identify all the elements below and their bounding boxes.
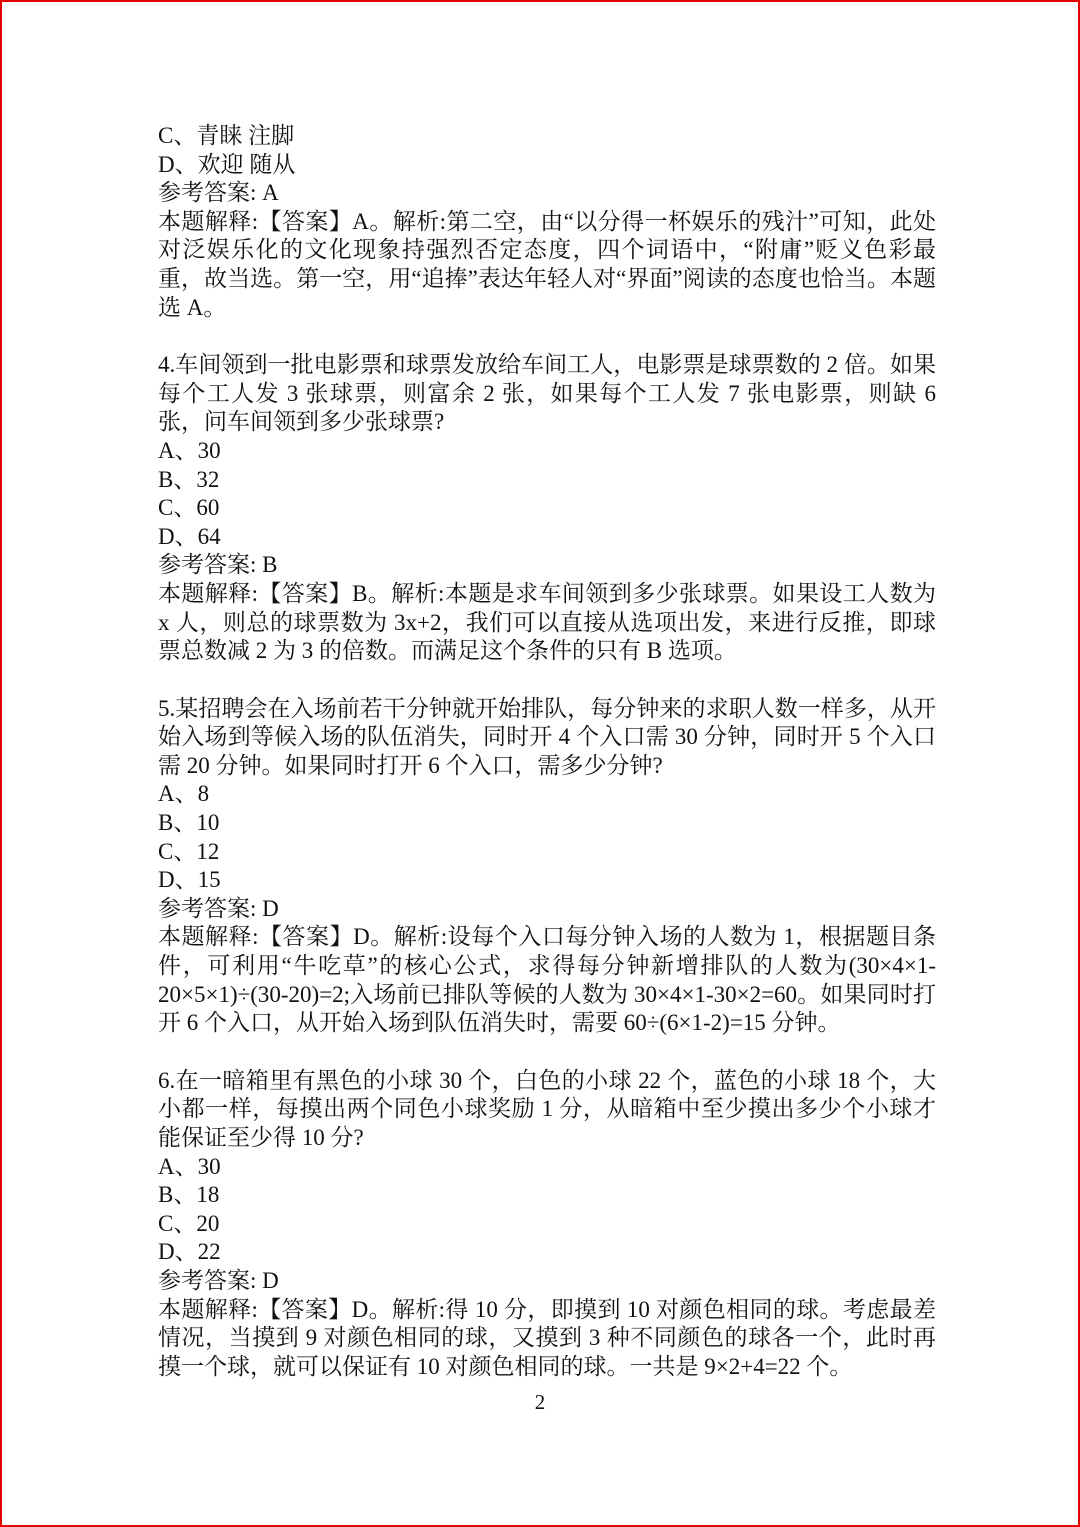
question-4-explanation: 本题解释:【答案】B。解析:本题是求车间领到多少张球票。如果设工人数为 x 人，… xyxy=(158,580,936,666)
question-6-explanation: 本题解释:【答案】D。解析:得 10 分，即摸到 10 对颜色相同的球。考虑最差… xyxy=(158,1296,936,1382)
question-4: 4.车间领到一批电影票和球票发放给车间工人，电影票是球票数的 2 倍。如果每个工… xyxy=(158,351,936,666)
question-3-option-c: C、青睐 注脚 xyxy=(158,122,936,151)
question-6-stem: 6.在一暗箱里有黑色的小球 30 个，白色的小球 22 个，蓝色的小球 18 个… xyxy=(158,1067,936,1153)
question-6-option-a: A、30 xyxy=(158,1153,936,1182)
question-5: 5.某招聘会在入场前若干分钟就开始排队，每分钟来的求职人数一样多，从开始入场到等… xyxy=(158,695,936,1038)
question-5-answer: 参考答案: D xyxy=(158,895,936,924)
question-5-explanation: 本题解释:【答案】D。解析:设每个入口每分钟入场的人数为 1，根据题目条件，可利… xyxy=(158,923,936,1037)
question-5-option-c: C、12 xyxy=(158,838,936,867)
question-5-option-b: B、10 xyxy=(158,809,936,838)
question-6: 6.在一暗箱里有黑色的小球 30 个，白色的小球 22 个，蓝色的小球 18 个… xyxy=(158,1067,936,1382)
question-6-option-d: D、22 xyxy=(158,1238,936,1267)
page-content: C、青睐 注脚 D、欢迎 随从 参考答案: A 本题解释:【答案】A。解析:第二… xyxy=(158,122,936,1381)
question-4-stem: 4.车间领到一批电影票和球票发放给车间工人，电影票是球票数的 2 倍。如果每个工… xyxy=(158,351,936,437)
question-4-option-a: A、30 xyxy=(158,437,936,466)
question-3-tail: C、青睐 注脚 D、欢迎 随从 参考答案: A 本题解释:【答案】A。解析:第二… xyxy=(158,122,936,322)
question-5-option-d: D、15 xyxy=(158,866,936,895)
question-4-answer: 参考答案: B xyxy=(158,551,936,580)
question-4-option-d: D、64 xyxy=(158,523,936,552)
question-5-option-a: A、8 xyxy=(158,780,936,809)
question-6-option-c: C、20 xyxy=(158,1210,936,1239)
document-page: C、青睐 注脚 D、欢迎 随从 参考答案: A 本题解释:【答案】A。解析:第二… xyxy=(0,0,1080,1527)
question-5-stem: 5.某招聘会在入场前若干分钟就开始排队，每分钟来的求职人数一样多，从开始入场到等… xyxy=(158,695,936,781)
question-3-option-d: D、欢迎 随从 xyxy=(158,151,936,180)
question-3-answer: 参考答案: A xyxy=(158,179,936,208)
question-6-option-b: B、18 xyxy=(158,1181,936,1210)
question-4-option-c: C、60 xyxy=(158,494,936,523)
question-3-explanation: 本题解释:【答案】A。解析:第二空，由“以分得一杯娱乐的残汁”可知，此处对泛娱乐… xyxy=(158,208,936,322)
page-number: 2 xyxy=(535,1390,546,1414)
page-footer: 2 xyxy=(2,1388,1078,1416)
question-6-answer: 参考答案: D xyxy=(158,1267,936,1296)
question-4-option-b: B、32 xyxy=(158,466,936,495)
